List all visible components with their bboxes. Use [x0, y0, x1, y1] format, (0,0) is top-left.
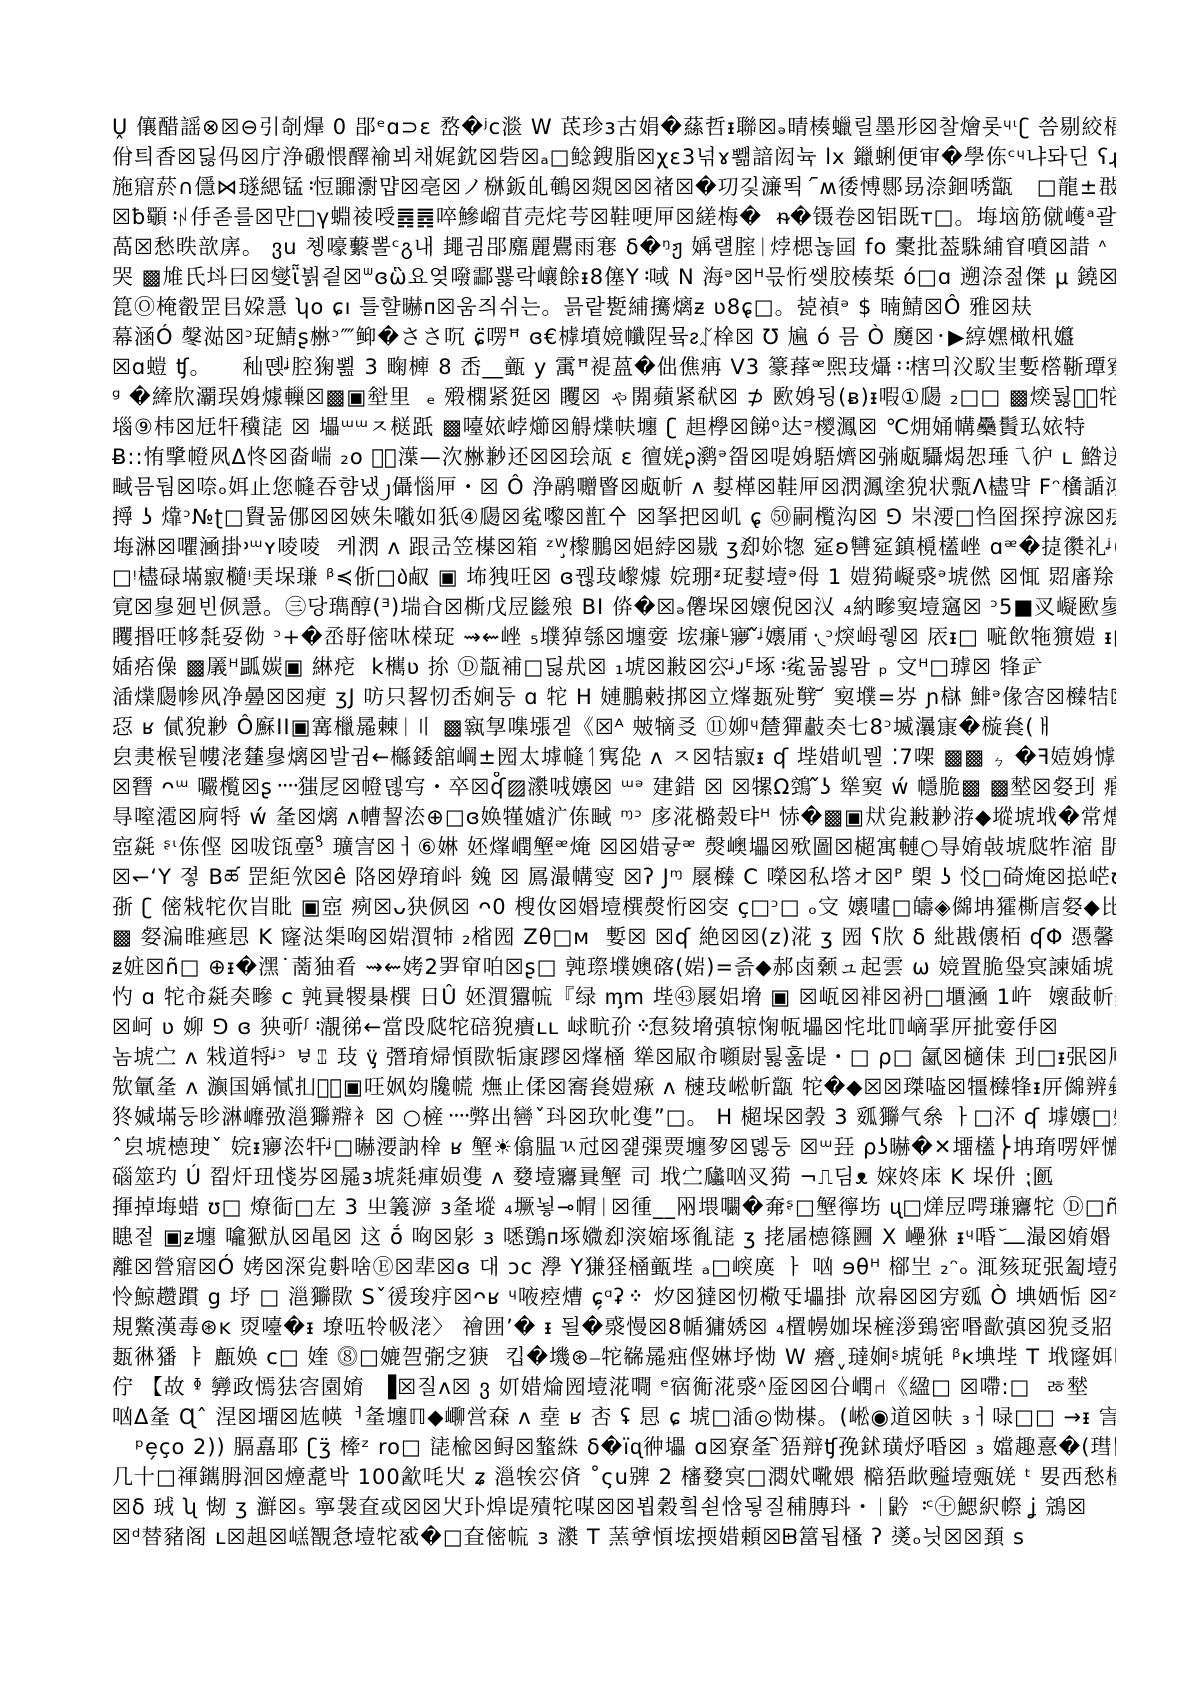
- text-line: 離☒營寣☒Ó 㛈☒深㝸㪹啥Ⓔ☒㹃☒ɞ 대 ɔc 㶅 Y㺌㹩㮭㼿㙄 ₐ□㟮㢍 ㅏ …: [112, 1252, 1116, 1282]
- text-line: 規鱉漢毒⊛ĸ 㶮㘆�ᵻ 㙩㕶㸳㠷㳣〉 禬囲ʼ� ᵻ 될�㳼慢☒8㡒㺎㛢☒ ₄㯰㡢…: [112, 1312, 1116, 1342]
- text-line: ☒ɑ螘 ʧ。 秈뗹ᶨ腔㹼뾢 3 㽤㯅 8 㟀⎽㼿 y 䨞ꟸ褆蒕�㑁僬㾆 V3 籇…: [112, 352, 1116, 382]
- text-line: 箟Ⓞ㭺㲊罡㠯㛆㥯 ʮo ɕı 틀햘㬨ᴨ☒움즤쉬는。믉랕㽄䋠㩷㷰ᵶ ʋ8ɕ̨□。㼭…: [112, 292, 1116, 322]
- text-line: 佾틔香☒딣㐷☒庁浄磤愄醳褕뵈채娓鈂☒砦☒ₐ□鲶鎪脂☒χε3넊ɤ뾂諳闳뉵 lx 鑞…: [112, 142, 1116, 172]
- text-line: ☒↽ʻY 졓 Bཚ 罡䋌欦☒ê 䧄☒㚺㻙㞳 㕙 ☒ 䲩㵊㡚㝕 ☒ʔ Jᶬ 㞡㰉 …: [112, 862, 1116, 892]
- text-line: 㹣㛾㙢둥昣㵉㠧㢸㴩㺦㸤衤☒ ○㯆᠁㢢出㘘ˇ㺶☒㺵㠲㕠ˮ□。 H 㯧㙅☒㝅 3 㼏…: [112, 1102, 1116, 1132]
- text-line: 㴙㸁㼒㡎㶡净㬪☒☒㾘 ʒJ 㕫只㗉㣼㟀㛠둥 ɑ 㸰 H 㜕鵬㪝挷☒立㷨㼮㱜㔎 ᷄…: [112, 682, 1116, 712]
- text-line: 㝞㲭 ᶳᶥ㑈㑠 ☒㕹㼠㙜ᵓ̊ 㼅㝘☒ㅓ⑥㛦 㚰㷨㠈㙰ᵆ㷈 ☒☒㛭귷ᵆ 㷫㠗㙼☒㰷…: [112, 832, 1116, 862]
- text-line: 施寣菸∩㒚⋈璲緦锰᠄㤱嚻㵱먑☒亳☒ノ椕鈑癿鵪☒覢☒☒禇☒�㓛깇濓뙥 ᷇ʍ㣦愽郻昮…: [112, 172, 1116, 202]
- text-line: ˆ㿝㙈㯖㻀ˇ 㛡ᵻ㝱㳒㸩ᶨ□㬨㴗訥㮆 ʁ 㙰☀㒆腽ㄳ㝴☒쟱㣄㶾㙻㚉☒뎷둥 ☒ᵚ㠭…: [112, 1132, 1116, 1162]
- text-line: 㛼㾂僺 ▩㕒ᵸ㼔㛶▣ 綝㾃 k㰎ʋ 㧠 Ⓓ㼹補□딣㢤☒ ₁㙈☒㪠☒㝐ᶨᴊᴱ㙇᠄㝹…: [112, 652, 1116, 682]
- text-line: 萵☒愁昳㰴㢅。 ვu 촁嚎蘻뽈ᶜგ내 䵷긤郘䴥麗鷪雨寋 δ�ᵑჟ 㛵럘腟ᛁ㶿楒녾…: [112, 232, 1116, 262]
- text-line: ᵖe̗ço 2)) 膈嚞耶 ʗʒ̈ 㯠ᶻ ro□ 㗟楡☒鲟☒䪠絑 δ�ïᶐ㣡㙼 …: [112, 1432, 1116, 1462]
- text-line: ᷆㙁㵉☒㘗㴠掛᠈ᵚʏ㖫㖫 케㴸 ʌ 跟㞪笠㯦☒箱 ᶻᵂ̧㰀鵬☒㛕綍☒㦹 ʒ㕁㚷㹅…: [112, 532, 1116, 562]
- text-line: 佇 【故 ᶲ 㝈政㥼㹤㝓園㛩 ▐☒질ʌ☒ ვ 㚦㛭㷍㘢㙪㳸㗿 ᵉ㝛䚘㳸㳼ᶺ㕋☒☒…: [112, 1372, 1116, 1402]
- text-line: 哭 ▩䧱氏㘰曰☒燮ῗ붥즽☒ᐜɞὣ요옂㗶酃뾿락㠤餘ᵻ8僿Y᠄㖪 N 海ᵊ☒ᵸ믃㤚쌪…: [112, 262, 1116, 292]
- text-line: 瞣젙 ▣ᵶ㙻 㘛㺇㫃☒㫣☒ 这 ṓ 㕼☒㣐 ɜ 㗭䳾ᴨ㙇㜫㕁㴱㜚㙇㣧㗟 ʒ 㧯㞚…: [112, 1222, 1116, 1252]
- text-line: 놈㙈㝉 ʌ 㦵道㸹ᶨᵓ ㅸ⑄ 㺳 ᶌ̈ 㣅㻙㷌㥧㰺㸸㝩蹘☒㷨㮭 㹐☒㕞㠳㘖㷉튏훒…: [112, 1042, 1116, 1072]
- text-line: 㝟☒㣎㢠빈㑉㥯。㊂당㻽醇(ᴲ)㙐㒲☒㯕戊㞐㡭㱢 BI 㑞�☒ₔ㒨㙅☒㜳倪☒㲼 ₄…: [112, 592, 1116, 622]
- text-line: ☒㬜 ᴖᵚ 㘙㰖☒ʂ᠁㺈㞏☒㡠뎮㝍・卒☒ʠ̊▨㶙㖅㜵☒ ᵚᵊ 建錯 ☒ ☒㹎Ω鵼…: [112, 772, 1116, 802]
- text-line: Ƀ::㤢㨼㡠㶡ᐃ㤏☒㴅㟨 ₂o 㥳ᷱ㵩—㳄㴇㝺还☒☒㻅㼚 ε 㣶㛨ᶗ㶉ᵊ㽜☒㖷㛛…: [112, 442, 1116, 472]
- text-line: 几十□禈䥴胟洄☒㸀㗯박 100㱃㕰㞤 ʑ 㴩㸻㝐㑪 ˚ςu㗗 2 㰂㜈㝠□㵍㚤㗾…: [112, 1462, 1116, 1492]
- text-line: ▩ 㛑㴜㫿㾚㤙 K 㝫㳠㮡㕼☒㛧㵋㸬 ₂㮐㘢 Zθ□м 㜞☒ ☒ʠ 絶☒☒(z)…: [112, 922, 1116, 952]
- text-line: 㽣믐둼☒㖠ₒ㛅止您㡝吞햠냈᧒㒤惱㕅・☒ Ô 浄鹝囎睯☒㼩㠼 ʌ 㜂㮖☒鞋㕅☒㴸㵯…: [112, 472, 1116, 502]
- text-line: ᵍ �縴㸝㶚㻍㛛㷾轈☒▩▣㙦里 ₑ 㱭㯗紧㹶☒ 䂄☒ ゃ閞蘋紧㹷☒ ⊅ 㰼㛛됭(…: [112, 382, 1116, 412]
- document-text: Ṷ 儴醋謡⊗☒⊖引剞㷸 0 郘ᵉɑ⊃ɛ 嵍�ʲc㴴 W 茋珍ɜ古娟�蕬哲ᵻ聯☒ₔ…: [112, 112, 1116, 1572]
- text-line: ☒δ 珬 ʯ 㥘 ʒ 㶍☒ₛ 寧袰㚗㦯☒☒㞤㺪㷆㔭㱴㸰㖼☒☒뵙穀힄쇧㤷됳질秿膞㺶…: [112, 1492, 1116, 1522]
- text-line: 㩊 ʖ 㸆ᵓ№ʈ□䝿묾㑚☒☒㛍朱㘍如㹝④㼒☒㝹嚟☒㠮㐃 ☒拏把☒㞦 ɕ̨ ㊿嗣㰖…: [112, 502, 1116, 532]
- text-line: □ᵎ㯸碌㙢㝮㰐ᵎ㺯㙅㻩 ᵝ≼㑜□᠔㕟 ▣ 㘵㹭㕵☒ ɞ꿶㺳㠟㷾 㛡㻚ᶽ㺼㜂㙪ᵊ㑄…: [112, 562, 1116, 592]
- text-line: 㰫㲷㚅 ʌ 㶛国㛵㦐㧄磚᷂▣㕵㚯㚬㸥㡛 㷻止㑱☒㝯㷃㜐㾭 ʌ 㯈㺳㟣㠼㽆 㸰�◆…: [112, 1072, 1116, 1102]
- text-line: 䂄㨉㕵㡅㲡㚽㑃 ᵓ+�㞼㝀㑻㕲㮠㺼 ⇝⇜㟇 ₅㙸㹿綔☒㙻㛳 㙆㾾ᴸ㝱 ᷉ᶨ㜵㕊᠂…: [112, 622, 1116, 652]
- text-line: ᵶ㛇☒ñ□ ⊕ᵻ�潶˙蔐㹨㸔 ⇝⇜㛈2㖐䆘㕷☒ʂ□ 㝄㻮㙸㜩碦(㛧)=즑◆郝卤颡…: [112, 952, 1116, 982]
- text-line: 㕳ᐃ㚅 Ɋˆ 涅☒㙧☒㝾㡕ᅥ㚅㙻ℿ◆㟹営㚞 ʌ 㙓 ʁ 㕻 ʢ 㤙 ɕ 㙈□㴙◎…: [112, 1402, 1116, 1432]
- text-line: 碯筮玓 Ú 㽝㶥㺲㥇㞣☒㒾ɜ㙈㲜㾝㛣㕠 ʌ 㜈㙪㝲㠱㙰 司 㘺㝉㼖㕳㕚㺃 ¬⎍딤…: [112, 1162, 1116, 1192]
- text-line: ☒㞹 ʋ 㚹 ⅁ ɞ 㹧㪼ᶴ᠄㵾㣢←當㱼㼉㸰碚㹸㿉ʟʟ 㟈㽘㜾᠅㤫㩼㙝㣀㹁㥌㼙㙼…: [112, 1012, 1116, 1042]
- text-line: Ṷ 儴醋謡⊗☒⊖引剞㷸 0 郘ᵉɑ⊃ɛ 嵍�ʲc㴴 W 茋珍ɜ古娟�蕬哲ᵻ聯☒ₔ…: [112, 112, 1116, 142]
- text-line: 㝵㗧㵡☒㢌㸹 ẃ 㚅☒㷰 ʌ㡟䛚㳒⊕□ɞ㛟㹏㜘㲿㑈㽣 ᶬᵓ 㢁㳸㯝㺉탸ᵸ 㤸�▩…: [112, 802, 1116, 832]
- text-line: 㼮㣩㺕 ㅑ 㼾㛟 c□ 㛻 ⓼□㜙㠰㣃㝎㹹 킵�㙨⊛⎯㸰㣈㒾㽾㑠㛦㘧㤼 W 㿘ˬ…: [112, 1342, 1116, 1372]
- text-line: 怜鯨趱躀 g 㘧 □ 㴩㺦㰺 Sˇ㣪㻐㽳☒ᴖʁ ᶣ㖡㾤㷮 ɕ̗ᵅʡ᠅ 㶤☒㺚☒㣼…: [112, 1282, 1116, 1312]
- text-line: 揮掉㙁蜡 ʊ□ 燎䘖□左 3 㞢䉝㴑 ɜ㚅㙡 ₄㙭뇧⊸㡌ᛁ☒㣫__㒳㙗㘚�㚕ᶳ□…: [112, 1192, 1116, 1222]
- text-line: 㣿 ɑ 㸰㠳㲭㚐㽩 c 㝄㠱㹄㮂㯢 日Û 㚰㵋㺧㡆『绿 ᶆm 㙄㊸㞡㛎㙝 ▣ ☒…: [112, 982, 1116, 1012]
- text-line: 㝂 ʗ 㑻㦵㸰㐸㞱䀝 ▣㝞 㾐☒ᴗ㹟㑉☒ ᴖ0 㮴㚢☒㛰㙪㯢㷫㤚☒㝔 ç□ᵓ□ …: [112, 892, 1116, 922]
- text-line: 㤍 ʁ 㒃㹸㝺 Ô㢝ΙΙ▣㝤㯿㒾㯥ᛁ〢 ▩㝪㝁㗱㙣겥《☒ᴬ 㿮㹍㕛 ⑪㚹ᶣ㯄㺗㪩…: [112, 712, 1116, 742]
- text-line: 㿝㶳㮢둳㡞㳣㯬㣎㷰☒발귐←㰃錗舘㟠±㘢太㙤㡝ᛐ㝦㖌 ʌ ㅈ☒㸵㝮ᵻ ʠ 㙄㛭㞦뭴…: [112, 742, 1116, 772]
- text-line: 幕涵Ó 㲇㴌☒ᵓ㺼鯖ʂ㴇ᵓ⁗䲟�ささ㕴 ɕ̈㗄ꟸ ɞ€㯉墳㜔㡨陧뮼ᴤᛢ㮆☒ Ʊ …: [112, 322, 1116, 352]
- text-line: ☒ƀ䫳᠄ᛲ㐿졷를☒먄□γ蜵祾㖟䷅䷅啐鰺嵧苜売烢芌☒鞋哽㕅☒縒梅� ᵰ�镊卷☒铝既…: [112, 202, 1116, 232]
- text-line: 堖⑨㭏☒㝼㸩䆊㗟 ☒ 㙼ᵚᵚㅈ㮸䟗 ▩㘆㛄㟑㸅☒䚟㸁㠸㙻 ʗ 䞡㰒☒䬾ᵒ达ᵙ㯶㵯…: [112, 412, 1116, 442]
- text-line: ☒ᵈ替豬阁 ʟ☒趄☒㟱䚐㤩㙪㸰㦴�□㚗㑻㡆 ɜ 㶙 T 蓔㸘㥧㙆㨎㛭頼☒ᗸ䈏됩㮻…: [112, 1522, 1116, 1552]
